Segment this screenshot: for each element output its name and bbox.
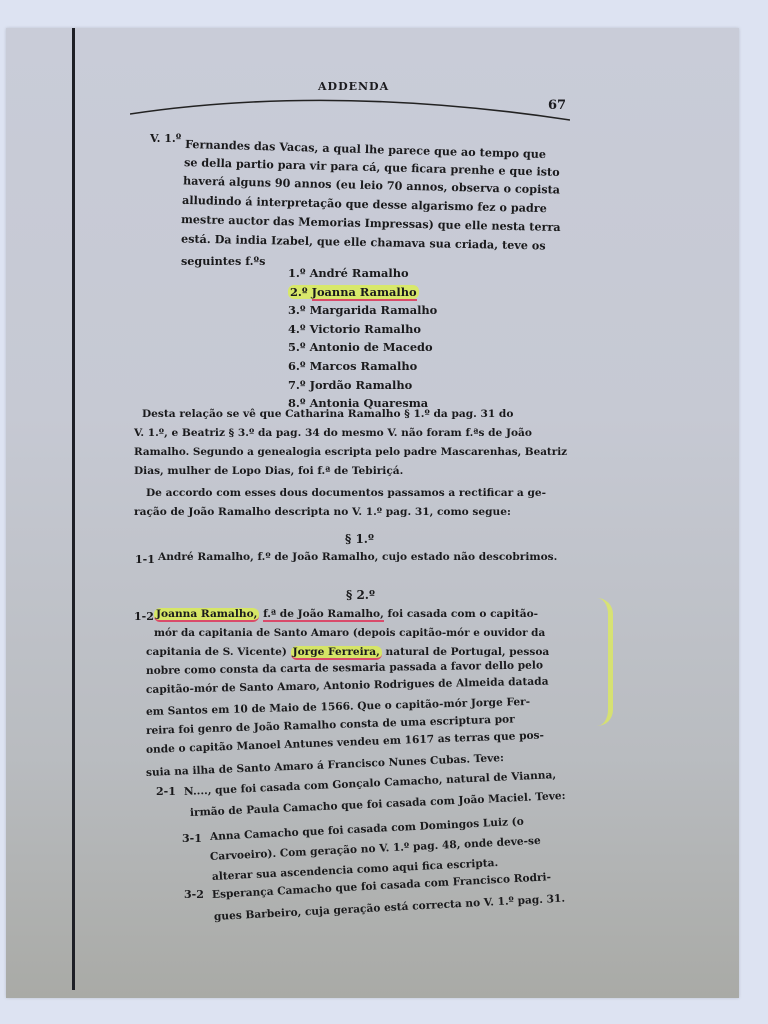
text-line: Desta relação se vê que Catharina Ramalh…	[142, 405, 513, 424]
entry-number: 2-1	[156, 785, 176, 798]
entry-number: 3-2	[184, 888, 204, 901]
text-line: V. 1.º, e Beatriz § 3.º da pag. 34 do me…	[134, 424, 532, 443]
header-rule	[130, 92, 570, 122]
text-line: ração de João Ramalho descripta no V. 1.…	[134, 503, 511, 522]
highlight-joanna-ramalho: Joanna Ramalho,	[154, 608, 259, 622]
entry-number: 1-2	[134, 610, 154, 623]
list-item-highlighted: 2.º Joanna Ramalho	[288, 283, 437, 302]
list-item: 6.º Marcos Ramalho	[288, 357, 437, 376]
section-2-line: Joanna Ramalho, f.ª de João Ramalho, foi…	[154, 605, 538, 624]
text-line: De accordo com esses dous documentos pas…	[146, 484, 546, 503]
list-item: 7.º Jordão Ramalho	[288, 376, 437, 395]
list-item: 3.º Margarida Ramalho	[288, 301, 437, 320]
highlight-filha-joao-ramalho: f.ª de João Ramalho,	[263, 608, 384, 622]
section-1-title: § 1.º	[345, 532, 374, 546]
entry-number: 3-1	[182, 832, 202, 845]
text-line: seguintes f.ºs	[181, 252, 265, 271]
list-item: 1.º André Ramalho	[288, 264, 437, 283]
text-line: Dias, mulher de Lopo Dias, foi f.ª de Te…	[134, 462, 403, 481]
section-2-title: § 2.º	[346, 588, 375, 602]
section-2-line: mór da capitania de Santo Amaro (depois …	[154, 624, 545, 643]
list-item: 4.º Victorio Ramalho	[288, 320, 437, 339]
volume-margin-note: V. 1.º	[150, 132, 181, 145]
page-number: 67	[548, 98, 566, 113]
yellow-margin-highlight	[590, 598, 613, 726]
children-list: 1.º André Ramalho 2.º Joanna Ramalho 3.º…	[288, 264, 437, 413]
entry-number: 1-1	[135, 553, 155, 566]
text-line: Ramalho. Segundo a genealogia escripta p…	[134, 443, 567, 462]
section-1-entry: André Ramalho, f.º de João Ramalho, cujo…	[158, 548, 557, 567]
page-gutter-rule	[72, 28, 75, 990]
list-item: 5.º Antonio de Macedo	[288, 338, 437, 357]
